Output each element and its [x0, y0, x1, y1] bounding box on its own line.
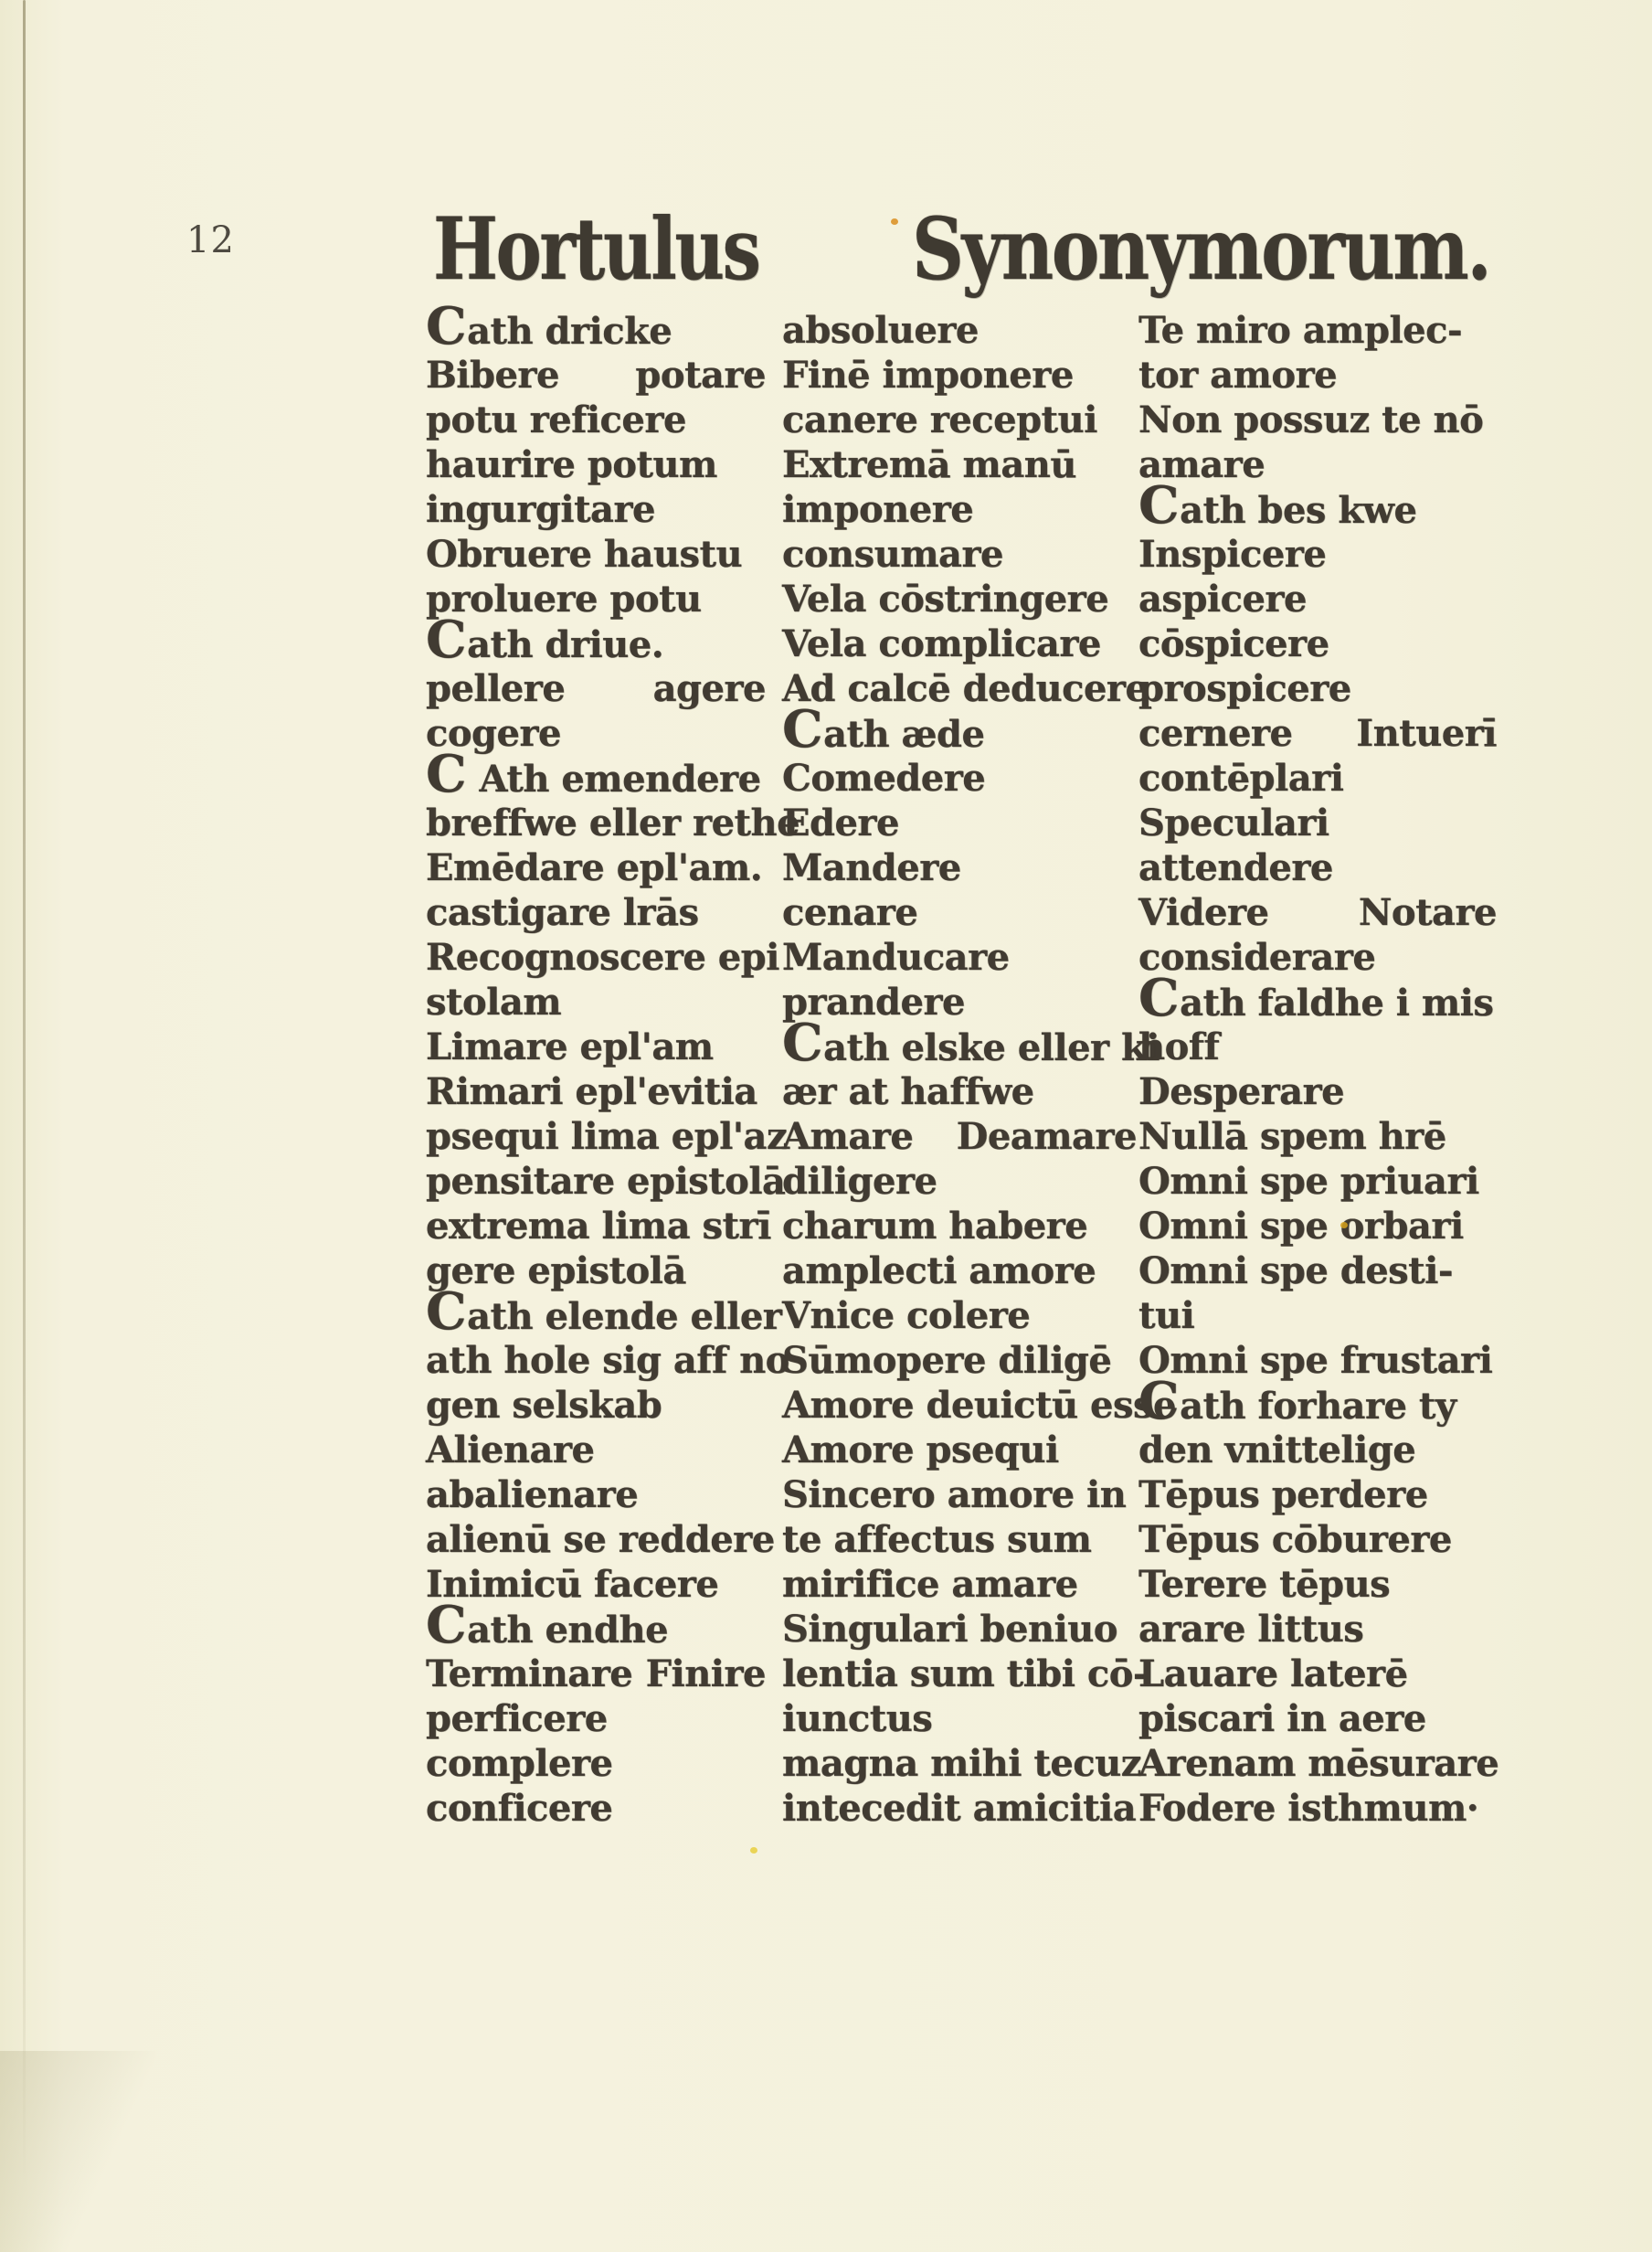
text-line: Comedere	[782, 756, 1137, 801]
word: pellere	[426, 666, 565, 711]
text-line: piscari in aere	[1138, 1696, 1497, 1741]
text-line: imponere	[782, 487, 1137, 532]
paper-speck	[750, 1847, 757, 1854]
text-line: potu reficere	[426, 398, 766, 442]
capitulum-initial: C	[1138, 1383, 1179, 1419]
text-line: Tēpus perdere	[1138, 1472, 1497, 1517]
text-line: haurire potum	[426, 442, 766, 487]
page-title-synonymorum: Synonymorum.	[912, 207, 1489, 292]
capitulum-initial: C	[782, 711, 822, 748]
text-line: Cath driue.	[426, 621, 766, 666]
text-line: pensitare epistolā	[426, 1159, 766, 1204]
text-line: Vela cōstringere	[782, 577, 1137, 621]
text-line: Manducare	[782, 935, 1137, 980]
capitulum-initial: C	[426, 308, 466, 345]
text-line: Cath dricke	[426, 308, 766, 353]
text-line: te affectus sum	[782, 1517, 1137, 1562]
text-line: Limare epl'am	[426, 1025, 766, 1069]
page-edge-crease	[23, 0, 26, 2184]
text-line: intecedit amicitia	[782, 1786, 1137, 1831]
text-line: extrema lima strī	[426, 1204, 766, 1248]
text-line: Speculari	[1138, 801, 1497, 845]
text-line: Alienare	[426, 1428, 766, 1472]
text-line: magna mihi tecuz	[782, 1741, 1137, 1786]
text-line: breffwe eller rethe	[426, 801, 766, 845]
text-line: Nullā spem hrē	[1138, 1114, 1497, 1159]
text-line: Lauare laterē	[1138, 1652, 1497, 1696]
text-line: tui	[1138, 1293, 1497, 1338]
text-line: hoff	[1138, 1025, 1497, 1069]
text-line: lentia sum tibi cō-	[782, 1652, 1137, 1696]
text-line: Singulari beniuo	[782, 1607, 1137, 1652]
text-column: Te miro amplec-tor amoreNon possuz te nō…	[1138, 308, 1497, 1831]
text-line: Arenam mēsurare	[1138, 1741, 1497, 1786]
capitulum-initial: C	[426, 621, 466, 658]
text-line: Inimicū facere	[426, 1562, 766, 1607]
text-line: Cath faldhe i mis	[1138, 980, 1497, 1025]
text-column: absoluereFinē imponerecanere receptuiExt…	[782, 308, 1137, 1831]
text-line: prospicere	[1138, 666, 1497, 711]
text-line: Vela complicare	[782, 621, 1137, 666]
text-line: proluere potu	[426, 577, 766, 621]
text-line: cogere	[426, 711, 766, 756]
text-line: abalienare	[426, 1472, 766, 1517]
word: Intuerī	[1356, 711, 1497, 756]
text-line: perficere	[426, 1696, 766, 1741]
word: Finire	[646, 1652, 766, 1696]
text-line: stolam	[426, 980, 766, 1025]
text-line: Amore psequi	[782, 1428, 1137, 1472]
text-line: contēplari	[1138, 756, 1497, 801]
word: agere	[653, 666, 766, 711]
word: Videre	[1138, 890, 1268, 935]
capitulum-initial: C	[782, 1025, 822, 1061]
text-line: cenare	[782, 890, 1137, 935]
text-column: Cath drickeBiberepotarepotu reficerehaur…	[426, 308, 766, 1831]
text-line: cernereIntuerī	[1138, 711, 1497, 756]
capitulum-initial: C	[426, 1607, 466, 1643]
text-line: consumare	[782, 532, 1137, 577]
capitulum-initial: C	[426, 1293, 466, 1330]
text-line: complere	[426, 1741, 766, 1786]
capitulum-initial: C	[426, 756, 466, 792]
capitulum-initial: C	[1138, 487, 1179, 524]
text-line: Omni spe desti-	[1138, 1248, 1497, 1293]
text-line: Mandere	[782, 845, 1137, 890]
text-line: pellereagere	[426, 666, 766, 711]
page-number: 12	[186, 219, 235, 261]
text-line: Sincero amore in	[782, 1472, 1137, 1517]
text-line: Cath endhe	[426, 1607, 766, 1652]
text-line: amare	[1138, 442, 1497, 487]
text-line: Cath forhare ty	[1138, 1383, 1497, 1428]
text-line: cōspicere	[1138, 621, 1497, 666]
text-line: ær at haffwe	[782, 1069, 1137, 1114]
text-line: Recognoscere epi	[426, 935, 766, 980]
text-line: Extremā manū	[782, 442, 1137, 487]
text-line: Sūmopere diligē	[782, 1338, 1137, 1383]
word: cernere	[1138, 711, 1292, 756]
text-line: mirifice amare	[782, 1562, 1137, 1607]
text-line: Non possuz te nō	[1138, 398, 1497, 442]
text-line: Omni spe priuari	[1138, 1159, 1497, 1204]
text-line: Tēpus cōburere	[1138, 1517, 1497, 1562]
text-line: charum habere	[782, 1204, 1137, 1248]
text-line: Rimari epl'evitia	[426, 1069, 766, 1114]
text-line: Edere	[782, 801, 1137, 845]
page-title-hortulus: Hortulus	[433, 207, 759, 292]
text-line: alienū se reddere	[426, 1517, 766, 1562]
text-line: gen selskab	[426, 1383, 766, 1428]
text-line: attendere	[1138, 845, 1497, 890]
text-line: considerare	[1138, 935, 1497, 980]
text-line: Te miro amplec-	[1138, 308, 1497, 353]
text-line: Omni spe frustari	[1138, 1338, 1497, 1383]
paper-speck	[891, 218, 898, 225]
text-line: Biberepotare	[426, 353, 766, 398]
text-line: castigare lrās	[426, 890, 766, 935]
book-page: 12 Hortulus Synonymorum. Cath drickeBibe…	[0, 0, 1652, 2252]
word: Notare	[1359, 890, 1497, 935]
text-line: amplecti amore	[782, 1248, 1137, 1293]
word: Bibere	[426, 353, 559, 398]
text-line: iunctus	[782, 1696, 1137, 1741]
word: potare	[635, 353, 766, 398]
word: Amare	[782, 1114, 913, 1159]
text-line: TerminareFinire	[426, 1652, 766, 1696]
text-line: Finē imponere	[782, 353, 1137, 398]
page-corner-shadow	[0, 2051, 155, 2252]
text-line: ingurgitare	[426, 487, 766, 532]
text-line: C Ath emendere	[426, 756, 766, 801]
text-line: Cath elende eller	[426, 1293, 766, 1338]
text-line: gere epistolā	[426, 1248, 766, 1293]
text-line: Emēdare epl'am.	[426, 845, 766, 890]
text-line: Terere tēpus	[1138, 1562, 1497, 1607]
text-line: arare littus	[1138, 1607, 1497, 1652]
text-line: Ad calcē deducere	[782, 666, 1137, 711]
text-line: Cath bes kwe	[1138, 487, 1497, 532]
text-line: Obruere haustu	[426, 532, 766, 577]
text-line: Omni spe orbari	[1138, 1204, 1497, 1248]
text-line: diligere	[782, 1159, 1137, 1204]
text-line: canere receptui	[782, 398, 1137, 442]
text-line: Desperare	[1138, 1069, 1497, 1114]
text-line: Cath elske eller ki	[782, 1025, 1137, 1069]
text-line: Vnice colere	[782, 1293, 1137, 1338]
text-line: Fodere isthmum·	[1138, 1786, 1497, 1831]
text-line: Inspicere	[1138, 532, 1497, 577]
paper-speck	[1340, 1222, 1348, 1228]
text-line: den vnittelige	[1138, 1428, 1497, 1472]
text-line: psequi lima epl'az	[426, 1114, 766, 1159]
word: Deamare	[957, 1114, 1137, 1159]
text-line: aspicere	[1138, 577, 1497, 621]
text-line: absoluere	[782, 308, 1137, 353]
capitulum-initial: C	[1138, 980, 1179, 1016]
text-line: tor amore	[1138, 353, 1497, 398]
word: Terminare	[426, 1652, 632, 1696]
text-line: Amore deuictū esse	[782, 1383, 1137, 1428]
text-line: AmareDeamare	[782, 1114, 1137, 1159]
text-line: conficere	[426, 1786, 766, 1831]
text-line: prandere	[782, 980, 1137, 1025]
text-line: ath hole sig aff no	[426, 1338, 766, 1383]
text-line: Cath æde	[782, 711, 1137, 756]
text-line: VidereNotare	[1138, 890, 1497, 935]
